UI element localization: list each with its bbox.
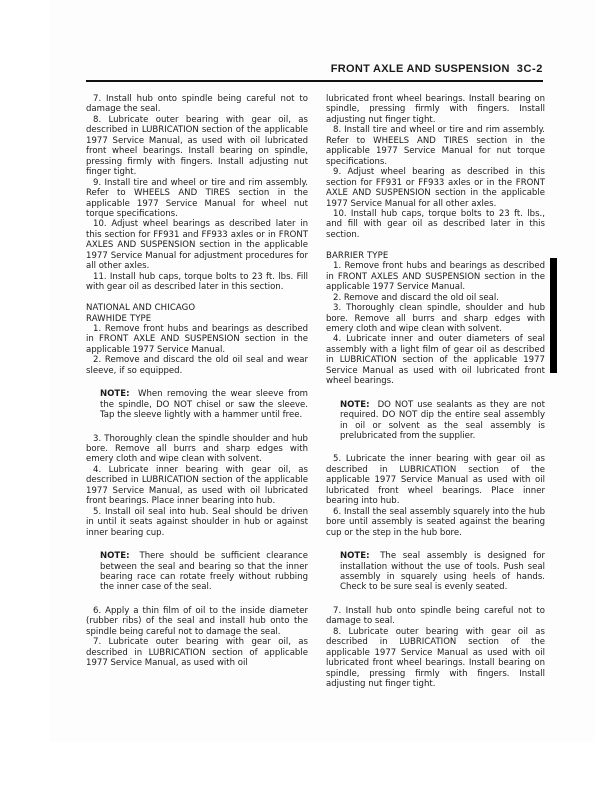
section-heading: NATIONAL AND CHICAGO (86, 303, 308, 313)
section-heading: BARRIER TYPE (326, 251, 545, 261)
note-text: The seal assembly is designed for instal… (340, 551, 545, 592)
section-heading: RAWHIDE TYPE (86, 314, 308, 324)
page-number: 3C-2 (517, 63, 543, 75)
spacer (326, 240, 545, 250)
note-block: NOTE: There should be sufficient clearan… (100, 551, 308, 593)
paragraph: 2. Remove and discard the old oil seal. (326, 293, 545, 303)
paragraph: 11. Install hub caps, torque bolts to 23… (86, 272, 308, 293)
header-rule (86, 80, 543, 82)
note-block: NOTE: When removing the wear sleeve from… (100, 389, 308, 420)
paragraph: 6. Apply a thin film of oil to the insid… (86, 606, 308, 637)
paragraph: 3. Thoroughly clean the spindle shoulder… (86, 434, 308, 465)
note-label: NOTE: (340, 551, 370, 561)
paragraph: 8. Install tire and wheel or tire and ri… (326, 125, 545, 167)
paragraph: lubricated front wheel bearings. Install… (326, 94, 545, 125)
section-title: FRONT AXLE AND SUSPENSION (331, 63, 510, 75)
paragraph: 3. Thoroughly clean spindle, shoulder an… (326, 303, 545, 334)
paragraph: 5. Lubricate the inner bearing with gear… (326, 454, 545, 506)
paragraph: 10. Adjust wheel bearings as described l… (86, 219, 308, 271)
note-block: NOTE: The seal assembly is designed for … (340, 551, 545, 593)
paragraph: 4. Lubricate inner bearing with gear oil… (86, 465, 308, 507)
spacer (326, 387, 545, 400)
note-text: DO NOT use sealants as they are not requ… (340, 400, 545, 441)
spacer (326, 593, 545, 606)
spacer (86, 538, 308, 551)
spacer (86, 593, 308, 606)
paragraph: 7. Install hub onto spindle being carefu… (86, 94, 308, 115)
note-block: NOTE: DO NOT use sealants as they are no… (340, 400, 545, 442)
paragraph: 8. Lubricate outer bearing with gear oil… (326, 627, 545, 690)
paragraph: 9. Adjust wheel bearing as described in … (326, 167, 545, 209)
spacer (326, 538, 545, 551)
paragraph: 5. Install oil seal into hub. Seal shoul… (86, 507, 308, 538)
paragraph: 10. Install hub caps, torque bolts to 23… (326, 209, 545, 240)
section-thumb-tab (550, 258, 557, 373)
spacer (86, 293, 308, 303)
right-column: lubricated front wheel bearings. Install… (326, 94, 545, 690)
paragraph: 7. Install hub onto spindle being carefu… (326, 606, 545, 627)
note-text: When removing the wear sleeve from the s… (100, 389, 308, 420)
left-column: 7. Install hub onto spindle being carefu… (86, 94, 308, 669)
note-label: NOTE: (340, 400, 370, 410)
paragraph: 6. Install the seal assembly squarely in… (326, 507, 545, 538)
spacer (326, 441, 545, 454)
paragraph: 2. Remove and discard the old oil seal a… (86, 355, 308, 376)
note-text: There should be sufficient clearance bet… (100, 551, 308, 592)
paragraph: 1. Remove front hubs and bearings as des… (86, 324, 308, 355)
paragraph: 9. Install tire and wheel or tire and ri… (86, 178, 308, 220)
note-label: NOTE: (100, 551, 130, 561)
spacer (86, 421, 308, 434)
page-header: FRONT AXLE AND SUSPENSION3C-2 (86, 62, 543, 76)
paragraph: 7. Lubricate outer bearing with gear oil… (86, 637, 308, 668)
paragraph: 8. Lubricate outer bearing with gear oil… (86, 115, 308, 178)
spacer (86, 376, 308, 389)
paragraph: 4. Lubricate inner and outer diameters o… (326, 334, 545, 386)
note-label: NOTE: (100, 389, 130, 399)
paragraph: 1. Remove front hubs and bearings as des… (326, 261, 545, 292)
